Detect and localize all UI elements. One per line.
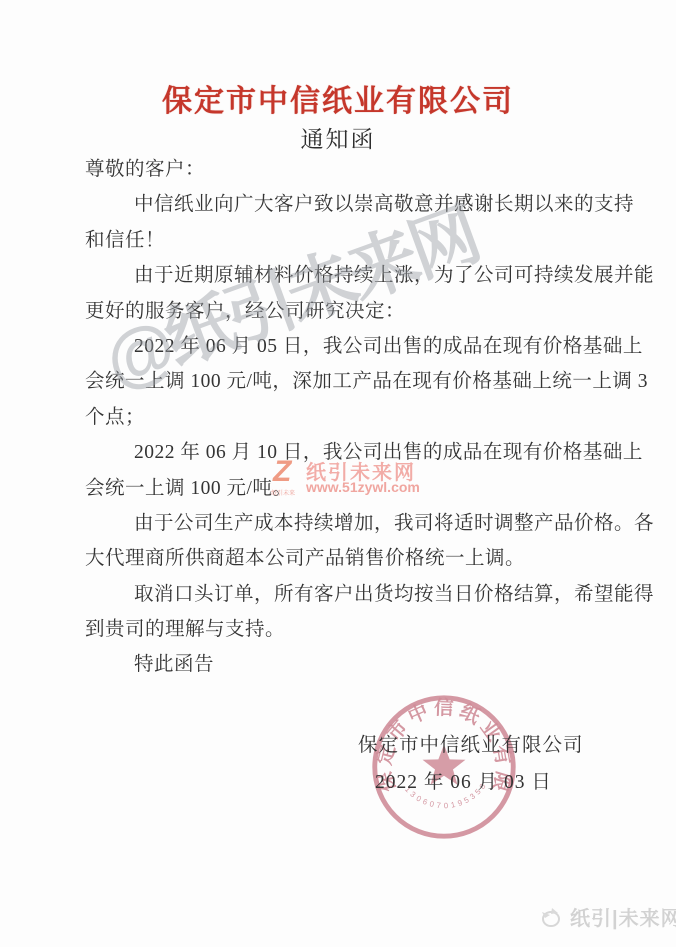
footer-brand-text: 纸引|未来网	[570, 902, 676, 931]
signature-company: 保定市中信纸业有限公司	[358, 729, 584, 757]
doc-title: 通知函	[0, 121, 676, 154]
body-line: 尊敬的客户：	[85, 152, 595, 187]
body-line: 中信纸业向广大客户致以崇高敬意并感谢长期以来的支持	[85, 187, 595, 222]
dove-logo-icon	[538, 904, 564, 928]
signature-date: 2022 年 06 月 03 日	[375, 766, 552, 794]
letter-body: 尊敬的客户：中信纸业向广大客户致以崇高敬意并感谢长期以来的支持和信任！由于近期原…	[85, 152, 595, 683]
body-line: 到贵司的理解与支持。	[85, 612, 595, 647]
body-line: 取消口头订单，所有客户出货均按当日价格结算，希望能得	[85, 577, 595, 612]
site-logo-subtext: 纸引未来	[271, 488, 295, 497]
body-line: 特此函告	[85, 647, 595, 682]
site-logo-icon: Z	[273, 458, 291, 486]
company-title: 保定市中信纸业有限公司	[0, 76, 676, 120]
footer-brand: 纸引|未来网	[538, 900, 676, 932]
body-line: 由于公司生产成本持续增加，我司将适时调整产品价格。各	[85, 506, 595, 541]
document-page: @纸引未来网 保定市中信纸业有限公司 通知函 尊敬的客户：中信纸业向广大客户致以…	[0, 0, 676, 947]
body-line: 个点；	[85, 400, 595, 435]
body-line: 大代理商所供商超本公司产品销售价格统一上调。	[85, 541, 595, 576]
site-watermark-url: www.51zywl.com	[306, 479, 420, 495]
